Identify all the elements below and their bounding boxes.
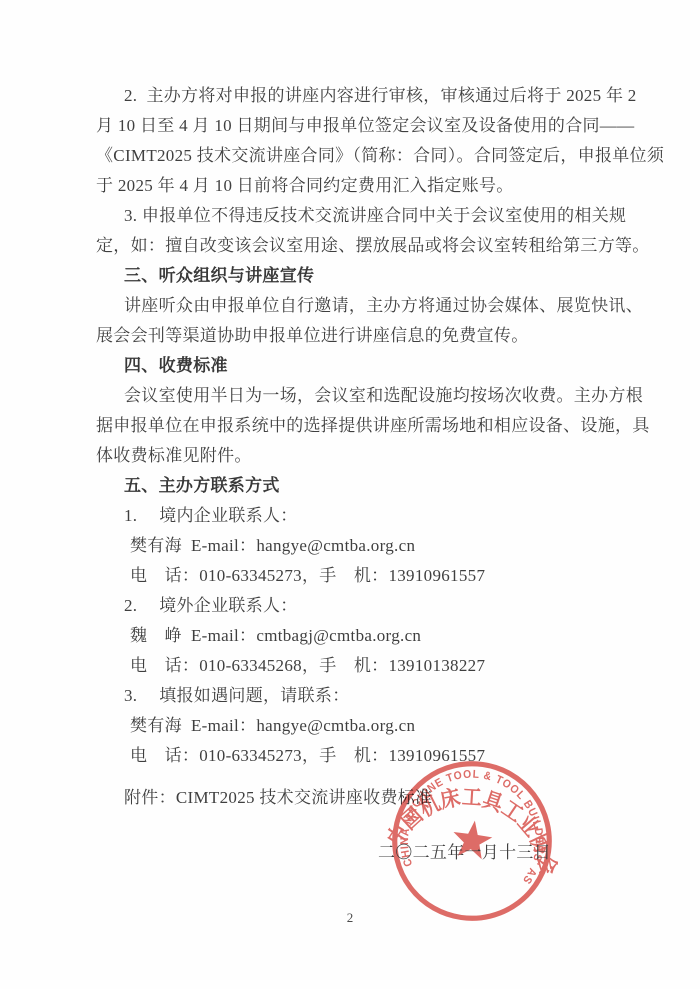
text-line: 2. 主办方将对申报的讲座内容进行审核，审核通过后将于 2025 年 2 [96, 81, 608, 111]
page-number: 2 [0, 910, 700, 926]
contact-email-line: 魏 峥 E-mail：cmtbagj@cmtba.org.cn [96, 621, 608, 651]
section-heading-fees: 四、收费标准 [96, 351, 608, 381]
contact-email-line: 樊有海 E-mail：hangye@cmtba.org.cn [96, 531, 608, 561]
text-line: 定，如：擅自改变该会议室用途、摆放展品或将会议室转租给第三方等。 [96, 231, 608, 261]
contact-list-item: 3. 填报如遇问题，请联系： [96, 681, 608, 711]
contact-phone-line: 电 话：010-63345273，手 机：13910961557 [96, 561, 608, 591]
text-line: 据申报单位在申报系统中的选择提供讲座所需场地和相应设备、设施，具 [96, 411, 608, 441]
contact-email-line: 樊有海 E-mail：hangye@cmtba.org.cn [96, 711, 608, 741]
text-line: 3. 申报单位不得违反技术交流讲座合同中关于会议室使用的相关规 [96, 201, 608, 231]
date-line: 二〇二五年一月十三日 [96, 838, 608, 868]
section-heading-contacts: 五、主办方联系方式 [96, 471, 608, 501]
text-line: 展会会刊等渠道协助申报单位进行讲座信息的免费宣传。 [96, 321, 608, 351]
text-line: 于 2025 年 4 月 10 日前将合同约定费用汇入指定账号。 [96, 171, 608, 201]
contact-list-item: 1. 境内企业联系人： [96, 501, 608, 531]
text-line: 月 10 日至 4 月 10 日期间与申报单位签定会议室及设备使用的合同—— [96, 111, 608, 141]
contact-phone-line: 电 话：010-63345268，手 机：13910138227 [96, 651, 608, 681]
text-line: 《CIMT2025 技术交流讲座合同》（简称：合同）。合同签定后，申报单位须 [96, 141, 608, 171]
text-line: 体收费标准见附件。 [96, 441, 608, 471]
section-heading-audience: 三、听众组织与讲座宣传 [96, 261, 608, 291]
text-line: 讲座听众由申报单位自行邀请，主办方将通过协会媒体、展览快讯、 [96, 291, 608, 321]
text-line: 会议室使用半日为一场，会议室和选配设施均按场次收费。主办方根 [96, 381, 608, 411]
contact-list-item: 2. 境外企业联系人： [96, 591, 608, 621]
document-page: 2. 主办方将对申报的讲座内容进行审核，审核通过后将于 2025 年 2 月 1… [0, 0, 700, 989]
